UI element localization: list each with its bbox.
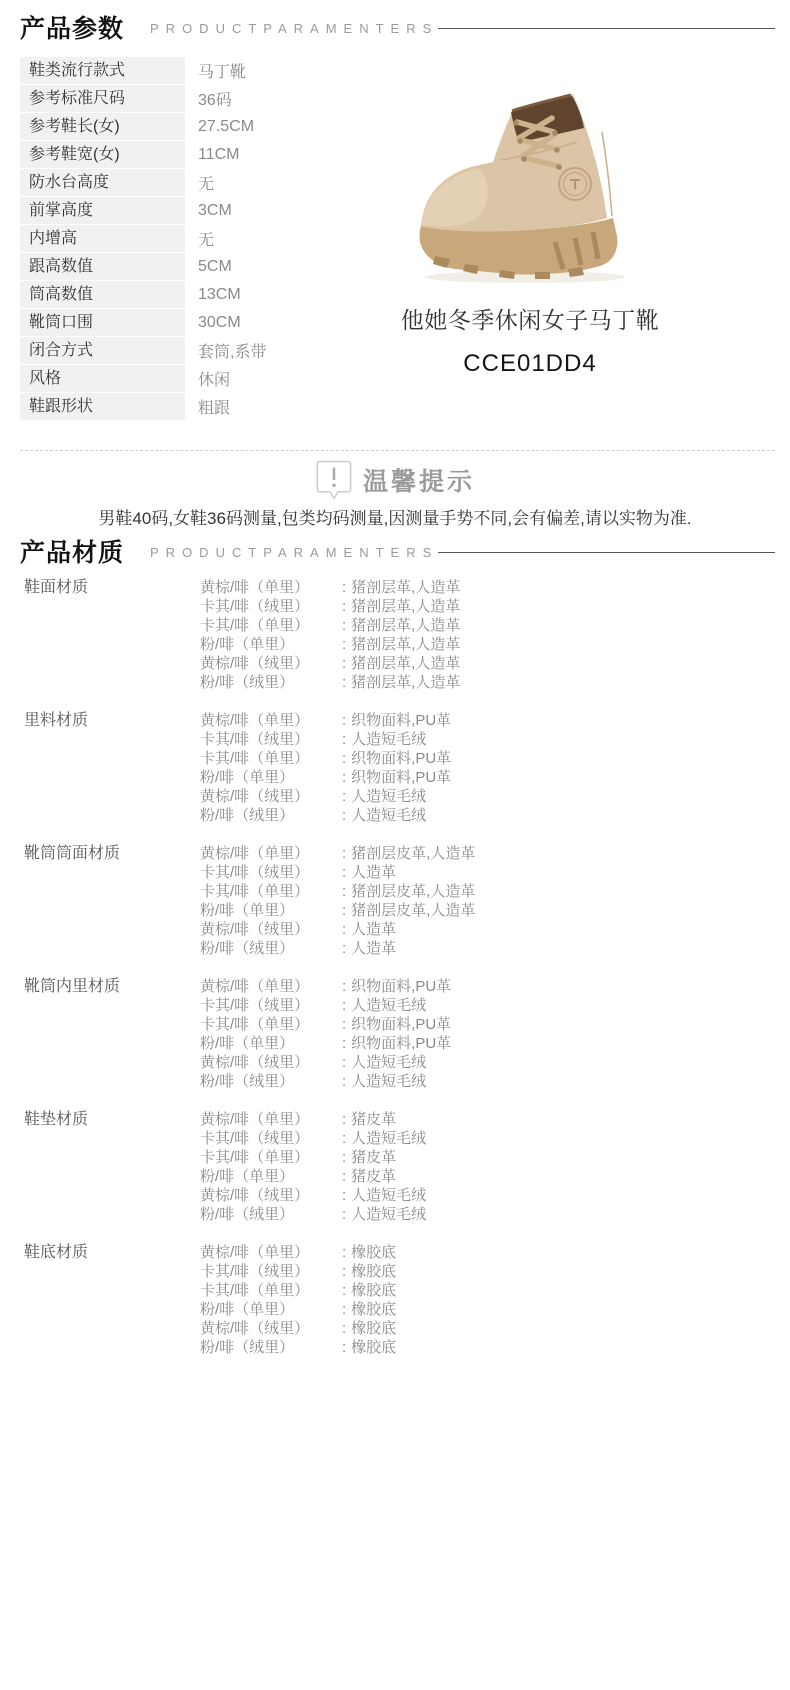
material-value: 人造短毛绒 [351, 1053, 426, 1072]
material-row: 粉/啡（单里） : 织物面料,PU革 [200, 1034, 451, 1053]
material-colon: : [342, 1243, 351, 1262]
material-value: 猪剖层革,人造革 [351, 635, 460, 654]
spec-row: 鞋跟形状 粗跟 [20, 393, 390, 420]
material-value: 猪皮革 [351, 1167, 396, 1186]
material-color-spec: 黄棕/啡（绒里） [200, 1186, 342, 1205]
params-section-subtitle: PRODUCTPARAMENTERS [150, 21, 438, 36]
material-group: 鞋垫材质 黄棕/啡（单里） : 猪皮革 卡其/啡（绒里） : 人造短毛绒 [24, 1110, 790, 1224]
material-row: 黄棕/啡（单里） : 猪皮革 [200, 1110, 426, 1129]
material-row: 黄棕/啡（绒里） : 橡胶底 [200, 1319, 396, 1338]
material-value: 橡胶底 [351, 1338, 396, 1357]
material-row: 黄棕/啡（绒里） : 猪剖层革,人造革 [200, 654, 460, 673]
material-row: 粉/啡（绒里） : 橡胶底 [200, 1338, 396, 1357]
spec-value: 5CM [198, 258, 232, 276]
spec-value: 27.5CM [198, 118, 254, 136]
material-row: 黄棕/啡（单里） : 织物面料,PU革 [200, 711, 451, 730]
material-color-spec: 黄棕/啡（单里） [200, 711, 342, 730]
material-group-label: 里料材质 [24, 711, 200, 825]
material-value: 橡胶底 [351, 1300, 396, 1319]
material-value: 猪皮革 [351, 1148, 396, 1167]
material-colon: : [342, 996, 351, 1015]
material-color-spec: 黄棕/啡（绒里） [200, 920, 342, 939]
material-value: 猪剖层革,人造革 [351, 654, 460, 673]
material-row: 粉/啡（绒里） : 猪剖层革,人造革 [200, 673, 460, 692]
material-row: 黄棕/啡（绒里） : 人造革 [200, 920, 475, 939]
material-value: 橡胶底 [351, 1281, 396, 1300]
material-colon: : [342, 806, 351, 825]
material-row: 黄棕/啡（绒里） : 人造短毛绒 [200, 1186, 426, 1205]
spec-label: 前掌高度 [20, 197, 185, 224]
material-colon: : [342, 939, 351, 958]
material-row: 黄棕/啡（单里） : 橡胶底 [200, 1243, 396, 1262]
material-color-spec: 黄棕/啡（单里） [200, 977, 342, 996]
material-row: 粉/啡（绒里） : 人造短毛绒 [200, 1072, 451, 1091]
spec-value: 休闲 [198, 367, 230, 390]
material-row: 粉/啡（单里） : 猪剖层革,人造革 [200, 635, 460, 654]
material-color-spec: 卡其/啡（绒里） [200, 730, 342, 749]
material-color-spec: 卡其/啡（绒里） [200, 996, 342, 1015]
material-value: 织物面料,PU革 [351, 711, 451, 730]
material-value: 人造短毛绒 [351, 806, 426, 825]
material-value: 织物面料,PU革 [351, 1015, 451, 1034]
spec-value: 3CM [198, 202, 232, 220]
page-root: { "colors": { "spec_label_bg": "#f1f1f1"… [0, 0, 790, 1690]
material-value: 人造短毛绒 [351, 996, 426, 1015]
product-figure: 他她冬季休闲女子马丁靴 CCE01DD4 [330, 70, 730, 378]
material-colon: : [342, 844, 351, 863]
material-value: 橡胶底 [351, 1243, 396, 1262]
material-color-spec: 卡其/啡（绒里） [200, 1129, 342, 1148]
material-group-rows: 黄棕/啡（单里） : 猪剖层革,人造革 卡其/啡（绒里） : 猪剖层革,人造革 … [200, 578, 460, 692]
material-colon: : [342, 597, 351, 616]
material-group: 里料材质 黄棕/啡（单里） : 织物面料,PU革 卡其/啡（绒里） : 人造短毛… [24, 711, 790, 825]
material-value: 猪皮革 [351, 1110, 396, 1129]
material-row: 卡其/啡（单里） : 猪剖层皮革,人造革 [200, 882, 475, 901]
spec-value: 粗跟 [198, 395, 230, 418]
material-row: 卡其/啡（单里） : 猪皮革 [200, 1148, 426, 1167]
spec-value: 无 [198, 171, 214, 194]
material-color-spec: 粉/啡（单里） [200, 1034, 342, 1053]
product-model-code: CCE01DD4 [330, 350, 730, 378]
material-row: 粉/啡（单里） : 猪皮革 [200, 1167, 426, 1186]
material-row: 粉/啡（绒里） : 人造短毛绒 [200, 806, 451, 825]
material-value: 猪剖层皮革,人造革 [351, 882, 475, 901]
material-color-spec: 卡其/啡（单里） [200, 1148, 342, 1167]
material-color-spec: 粉/啡（单里） [200, 1167, 342, 1186]
material-color-spec: 粉/啡（单里） [200, 1300, 342, 1319]
material-value: 猪剖层革,人造革 [351, 616, 460, 635]
material-row: 卡其/啡（绒里） : 人造短毛绒 [200, 1129, 426, 1148]
boot-photo-icon [405, 70, 655, 292]
material-value: 织物面料,PU革 [351, 1034, 451, 1053]
material-color-spec: 粉/啡（单里） [200, 635, 342, 654]
materials-section-header: 产品材质 PRODUCTPARAMENTERS [20, 533, 775, 569]
material-colon: : [342, 654, 351, 673]
material-row: 粉/啡（单里） : 橡胶底 [200, 1300, 396, 1319]
material-color-spec: 卡其/啡（绒里） [200, 1262, 342, 1281]
spec-label: 参考鞋宽(女) [20, 141, 185, 168]
spec-value: 11CM [198, 146, 240, 164]
material-value: 猪剖层皮革,人造革 [351, 901, 475, 920]
materials-list: 鞋面材质 黄棕/啡（单里） : 猪剖层革,人造革 卡其/啡（绒里） : 猪剖层革… [24, 578, 790, 1376]
material-value: 人造革 [351, 939, 396, 958]
material-color-spec: 黄棕/啡（绒里） [200, 1319, 342, 1338]
material-color-spec: 粉/啡（绒里） [200, 939, 342, 958]
material-color-spec: 卡其/啡（单里） [200, 1015, 342, 1034]
material-color-spec: 粉/啡（绒里） [200, 1338, 342, 1357]
material-row: 卡其/啡（绒里） : 猪剖层革,人造革 [200, 597, 460, 616]
material-color-spec: 粉/啡（绒里） [200, 1072, 342, 1091]
material-color-spec: 黄棕/啡（单里） [200, 1110, 342, 1129]
material-row: 粉/啡（单里） : 织物面料,PU革 [200, 768, 451, 787]
header-rule-line [438, 28, 775, 29]
spec-label: 跟高数值 [20, 253, 185, 280]
spec-label: 靴筒口围 [20, 309, 185, 336]
material-value: 猪剖层革,人造革 [351, 597, 460, 616]
material-value: 人造短毛绒 [351, 730, 426, 749]
material-colon: : [342, 882, 351, 901]
material-group: 鞋面材质 黄棕/啡（单里） : 猪剖层革,人造革 卡其/啡（绒里） : 猪剖层革… [24, 578, 790, 692]
material-value: 猪剖层革,人造革 [351, 673, 460, 692]
material-colon: : [342, 635, 351, 654]
materials-section-title: 产品材质 [20, 533, 124, 569]
spec-label: 鞋类流行款式 [20, 57, 185, 84]
material-row: 粉/啡（绒里） : 人造革 [200, 939, 475, 958]
tips-header: 温馨提示 [0, 459, 790, 501]
material-value: 人造短毛绒 [351, 787, 426, 806]
material-row: 卡其/啡（单里） : 织物面料,PU革 [200, 1015, 451, 1034]
spec-label: 闭合方式 [20, 337, 185, 364]
material-row: 黄棕/啡（单里） : 猪剖层革,人造革 [200, 578, 460, 597]
material-group-label: 靴筒内里材质 [24, 977, 200, 1091]
material-colon: : [342, 1300, 351, 1319]
material-value: 织物面料,PU革 [351, 749, 451, 768]
material-row: 卡其/啡（绒里） : 人造革 [200, 863, 475, 882]
material-color-spec: 黄棕/啡（单里） [200, 1243, 342, 1262]
material-colon: : [342, 616, 351, 635]
material-row: 卡其/啡（绒里） : 人造短毛绒 [200, 730, 451, 749]
material-colon: : [342, 730, 351, 749]
material-value: 猪剖层皮革,人造革 [351, 844, 475, 863]
material-group: 靴筒内里材质 黄棕/啡（单里） : 织物面料,PU革 卡其/啡（绒里） : 人造… [24, 977, 790, 1091]
material-colon: : [342, 1034, 351, 1053]
material-group-label: 鞋垫材质 [24, 1110, 200, 1224]
spec-label: 风格 [20, 365, 185, 392]
header-rule-line [438, 552, 775, 553]
material-value: 人造短毛绒 [351, 1186, 426, 1205]
material-colon: : [342, 1281, 351, 1300]
material-group-label: 靴筒筒面材质 [24, 844, 200, 958]
material-color-spec: 卡其/啡（单里） [200, 1281, 342, 1300]
material-colon: : [342, 920, 351, 939]
material-colon: : [342, 1015, 351, 1034]
exclamation-bubble-icon [315, 459, 353, 501]
spec-value: 36码 [198, 87, 232, 110]
material-colon: : [342, 1262, 351, 1281]
material-color-spec: 粉/啡（单里） [200, 768, 342, 787]
material-colon: : [342, 1319, 351, 1338]
material-value: 织物面料,PU革 [351, 977, 451, 996]
material-row: 粉/啡（单里） : 猪剖层皮革,人造革 [200, 901, 475, 920]
spec-value: 套筒,系带 [198, 339, 266, 362]
material-group-rows: 黄棕/啡（单里） : 橡胶底 卡其/啡（绒里） : 橡胶底 卡其/啡（单里） :… [200, 1243, 396, 1357]
material-colon: : [342, 1186, 351, 1205]
material-color-spec: 卡其/啡（绒里） [200, 597, 342, 616]
material-value: 人造短毛绒 [351, 1072, 426, 1091]
material-group-label: 鞋面材质 [24, 578, 200, 692]
material-colon: : [342, 1338, 351, 1357]
spec-value: 马丁靴 [198, 59, 246, 82]
material-colon: : [342, 1072, 351, 1091]
material-color-spec: 粉/啡（绒里） [200, 1205, 342, 1224]
materials-section-subtitle: PRODUCTPARAMENTERS [150, 545, 438, 560]
material-colon: : [342, 977, 351, 996]
material-colon: : [342, 1129, 351, 1148]
spec-value: 30CM [198, 314, 241, 332]
params-section-header: 产品参数 PRODUCTPARAMENTERS [20, 9, 775, 45]
material-color-spec: 粉/啡（绒里） [200, 673, 342, 692]
material-row: 黄棕/啡（单里） : 猪剖层皮革,人造革 [200, 844, 475, 863]
material-colon: : [342, 768, 351, 787]
material-color-spec: 卡其/啡（绒里） [200, 863, 342, 882]
spec-label: 参考标准尺码 [20, 85, 185, 112]
material-colon: : [342, 1053, 351, 1072]
material-row: 卡其/啡（单里） : 猪剖层革,人造革 [200, 616, 460, 635]
material-group-rows: 黄棕/啡（单里） : 猪剖层皮革,人造革 卡其/啡（绒里） : 人造革 卡其/啡… [200, 844, 475, 958]
material-color-spec: 卡其/啡（单里） [200, 882, 342, 901]
spec-label: 鞋跟形状 [20, 393, 185, 420]
product-name: 他她冬季休闲女子马丁靴 [330, 302, 730, 335]
spec-label: 防水台高度 [20, 169, 185, 196]
material-colon: : [342, 1148, 351, 1167]
material-color-spec: 粉/啡（绒里） [200, 806, 342, 825]
material-colon: : [342, 578, 351, 597]
material-value: 织物面料,PU革 [351, 768, 451, 787]
material-colon: : [342, 711, 351, 730]
material-row: 粉/啡（绒里） : 人造短毛绒 [200, 1205, 426, 1224]
material-colon: : [342, 863, 351, 882]
params-section-title: 产品参数 [20, 9, 124, 45]
spec-label: 筒高数值 [20, 281, 185, 308]
dashed-divider [20, 450, 775, 451]
material-value: 人造短毛绒 [351, 1205, 426, 1224]
material-value: 人造革 [351, 863, 396, 882]
material-colon: : [342, 1167, 351, 1186]
material-color-spec: 黄棕/啡（绒里） [200, 787, 342, 806]
material-row: 卡其/啡（绒里） : 橡胶底 [200, 1262, 396, 1281]
material-group-label: 鞋底材质 [24, 1243, 200, 1357]
tips-title: 温馨提示 [363, 462, 475, 498]
material-row: 黄棕/啡（绒里） : 人造短毛绒 [200, 787, 451, 806]
spec-label: 参考鞋长(女) [20, 113, 185, 140]
material-value: 人造革 [351, 920, 396, 939]
material-value: 人造短毛绒 [351, 1129, 426, 1148]
spec-value: 13CM [198, 286, 241, 304]
material-value: 猪剖层革,人造革 [351, 578, 460, 597]
material-row: 黄棕/啡（单里） : 织物面料,PU革 [200, 977, 451, 996]
spec-value: 无 [198, 227, 214, 250]
material-group-rows: 黄棕/啡（单里） : 猪皮革 卡其/啡（绒里） : 人造短毛绒 卡其/啡（单里）… [200, 1110, 426, 1224]
material-row: 卡其/啡（绒里） : 人造短毛绒 [200, 996, 451, 1015]
material-colon: : [342, 673, 351, 692]
material-colon: : [342, 1110, 351, 1129]
material-color-spec: 粉/啡（单里） [200, 901, 342, 920]
material-row: 黄棕/啡（绒里） : 人造短毛绒 [200, 1053, 451, 1072]
material-group: 靴筒筒面材质 黄棕/啡（单里） : 猪剖层皮革,人造革 卡其/啡（绒里） : 人… [24, 844, 790, 958]
tips-text: 男鞋40码,女鞋36码测量,包类均码测量,因测量手势不同,会有偏差,请以实物为准… [0, 504, 790, 529]
material-value: 橡胶底 [351, 1262, 396, 1281]
material-color-spec: 黄棕/啡（绒里） [200, 654, 342, 673]
material-group-rows: 黄棕/啡（单里） : 织物面料,PU革 卡其/啡（绒里） : 人造短毛绒 卡其/… [200, 977, 451, 1091]
material-colon: : [342, 749, 351, 768]
material-value: 橡胶底 [351, 1319, 396, 1338]
material-color-spec: 黄棕/啡（单里） [200, 844, 342, 863]
material-color-spec: 卡其/啡（单里） [200, 749, 342, 768]
material-colon: : [342, 901, 351, 920]
material-group: 鞋底材质 黄棕/啡（单里） : 橡胶底 卡其/啡（绒里） : 橡胶底 [24, 1243, 790, 1357]
material-colon: : [342, 1205, 351, 1224]
spec-label: 内增高 [20, 225, 185, 252]
material-color-spec: 卡其/啡（单里） [200, 616, 342, 635]
material-group-rows: 黄棕/啡（单里） : 织物面料,PU革 卡其/啡（绒里） : 人造短毛绒 卡其/… [200, 711, 451, 825]
material-row: 卡其/啡（单里） : 织物面料,PU革 [200, 749, 451, 768]
material-color-spec: 黄棕/啡（单里） [200, 578, 342, 597]
material-color-spec: 黄棕/啡（绒里） [200, 1053, 342, 1072]
material-row: 卡其/啡（单里） : 橡胶底 [200, 1281, 396, 1300]
material-colon: : [342, 787, 351, 806]
